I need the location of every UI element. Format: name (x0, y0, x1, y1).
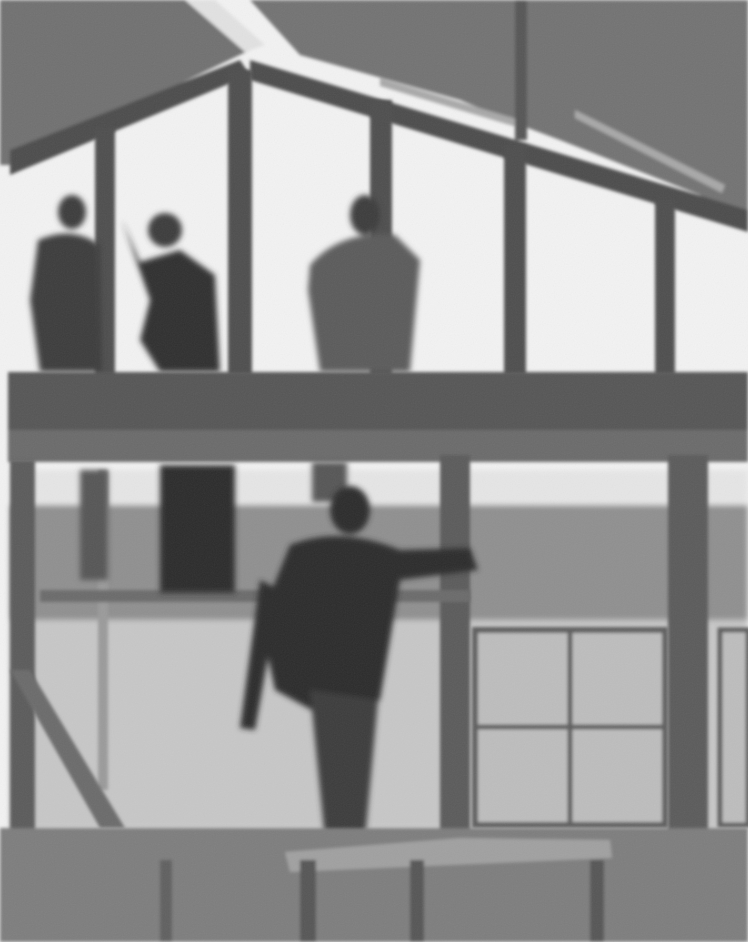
construction-scene (0, 0, 748, 942)
grain-overlay (0, 0, 748, 942)
